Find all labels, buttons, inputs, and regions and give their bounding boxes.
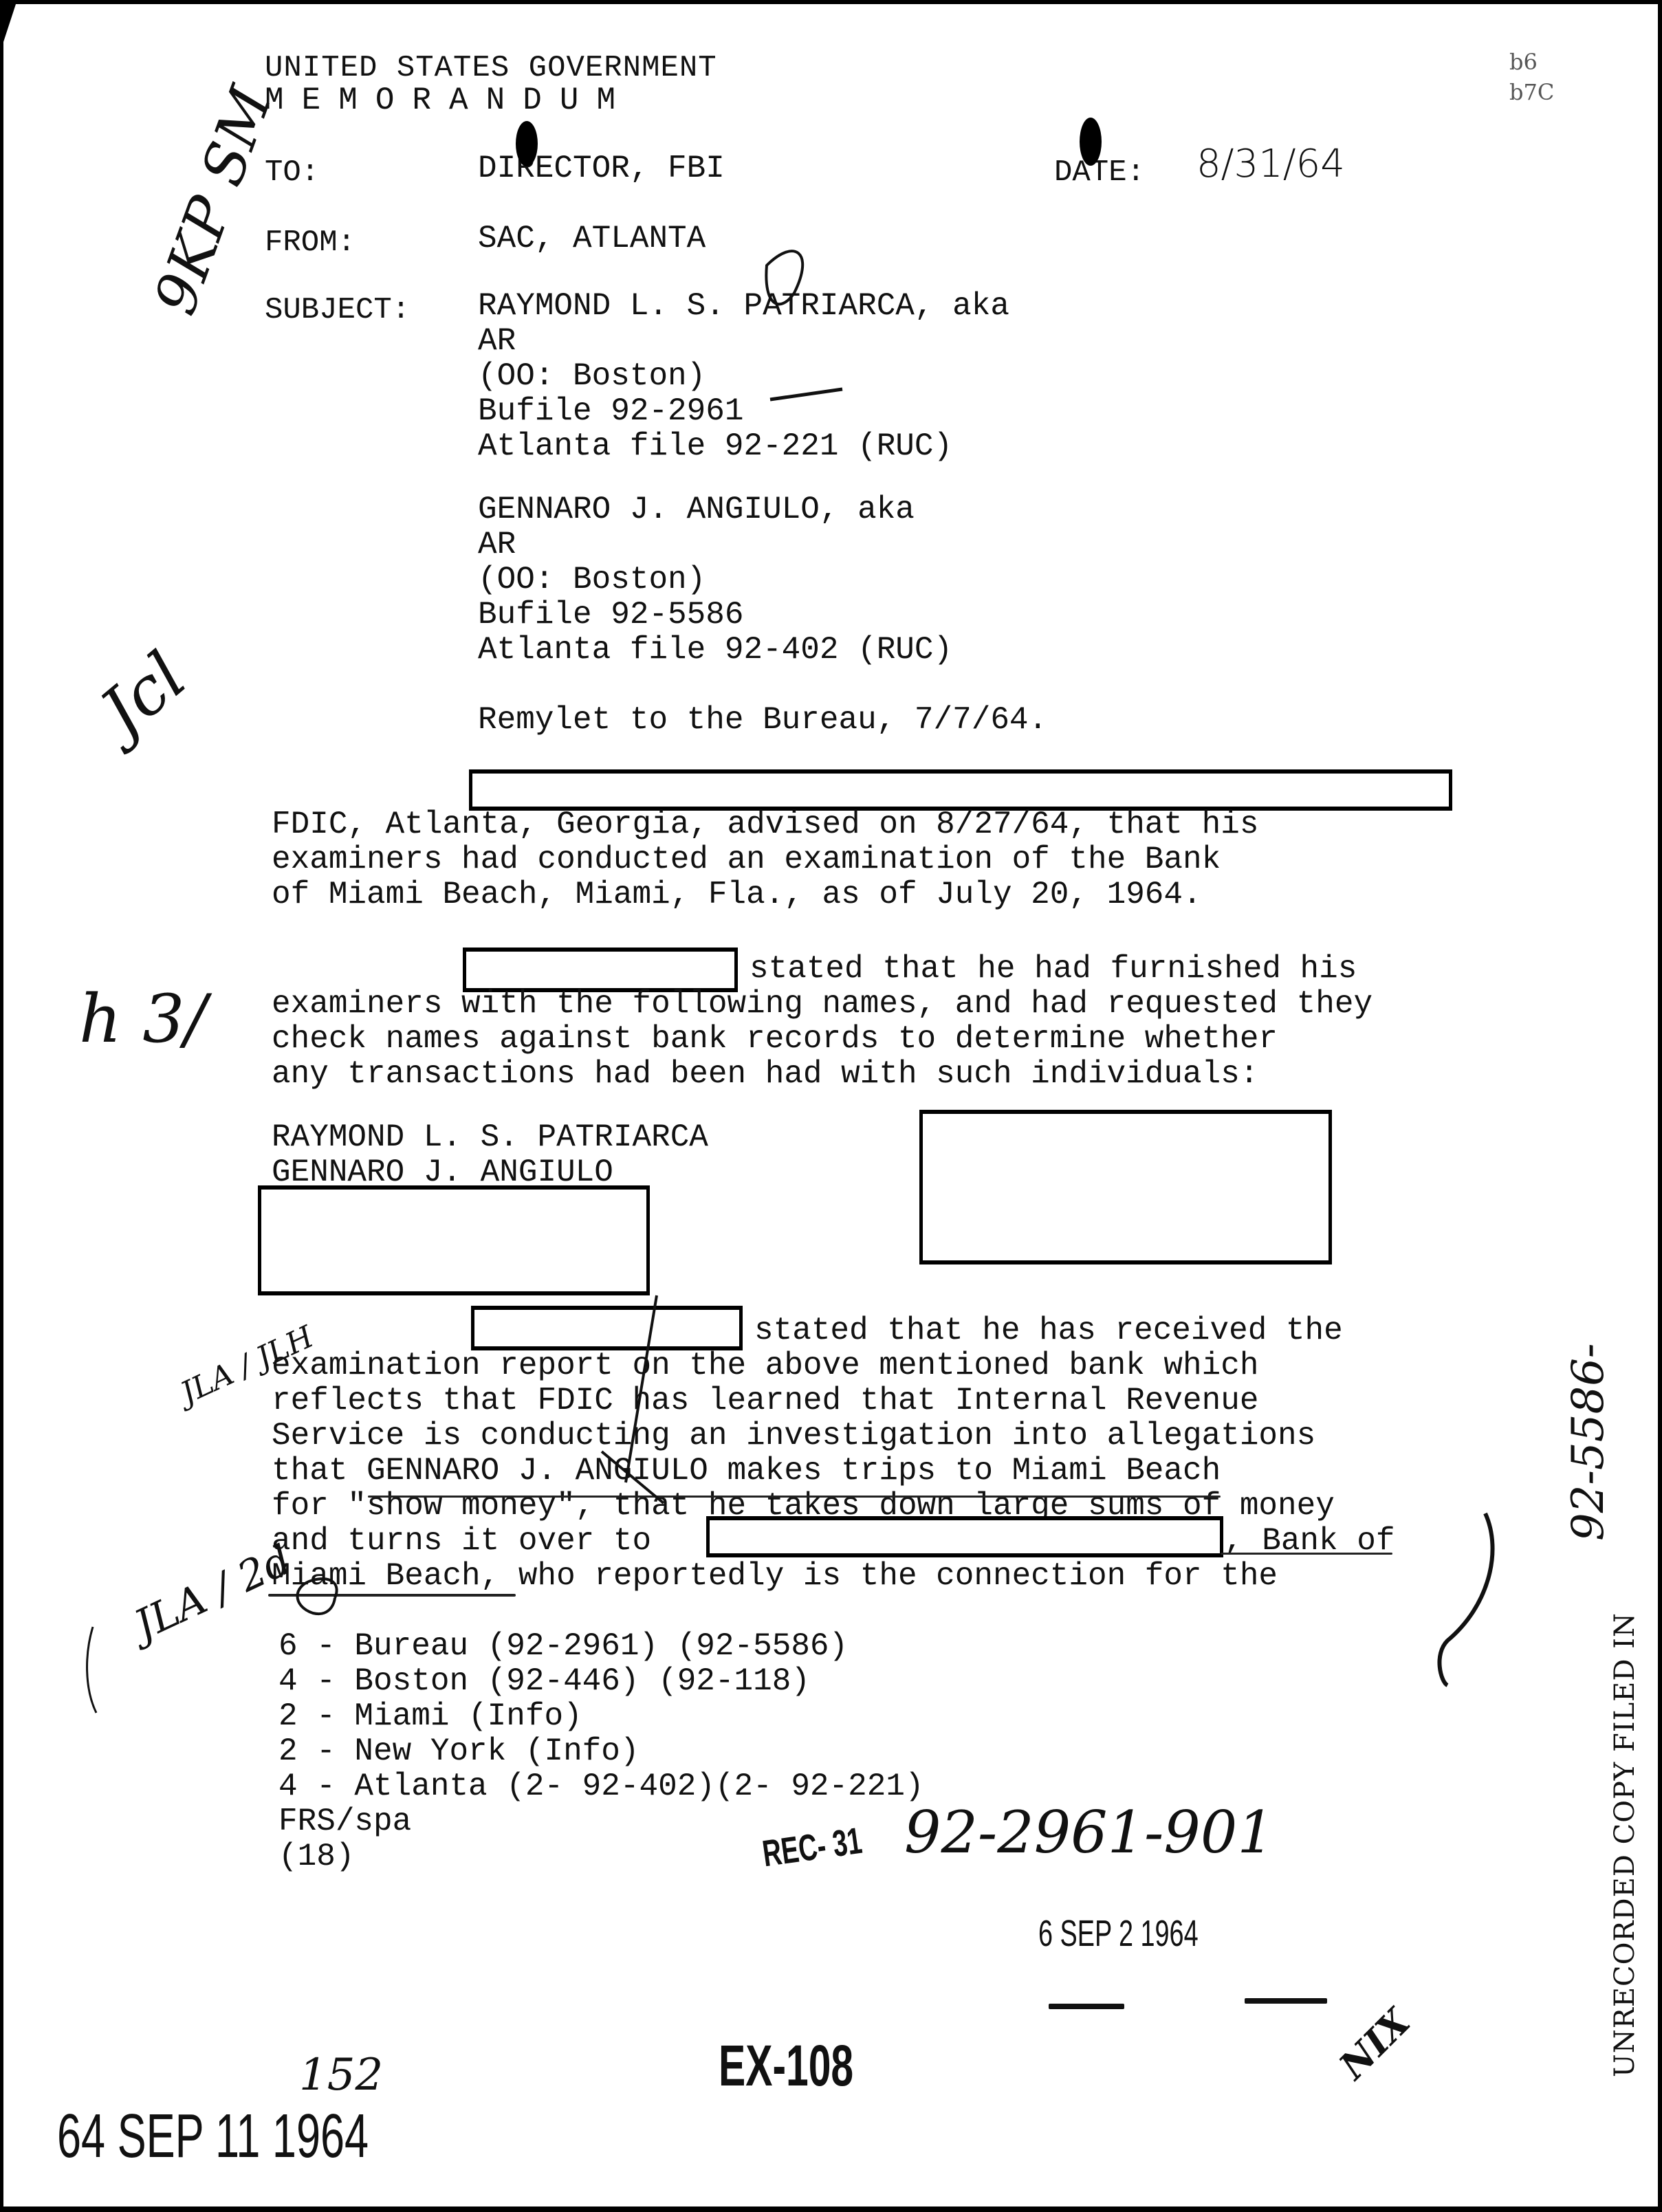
redaction-box — [919, 1110, 1332, 1264]
stamp-dash — [1049, 2004, 1124, 2009]
punch-hole-mark — [1080, 118, 1102, 166]
name-list-item: RAYMOND L. S. PATRIARCA — [272, 1120, 708, 1155]
handwritten-underline — [1221, 1553, 1392, 1555]
subject-line: AR — [478, 324, 516, 359]
exemption-b6: b6 — [1509, 48, 1538, 76]
body-line: any transactions had been had with such … — [272, 1057, 1258, 1092]
distribution-item: 6 - Bureau (92-2961) (92-5586) — [278, 1629, 848, 1664]
subject-name: GENNARO J. ANGIULO, aka — [478, 492, 915, 527]
body-line: check names against bank records to dete… — [272, 1022, 1278, 1057]
redaction-box — [706, 1516, 1223, 1557]
pen-marks — [3, 4, 1662, 2212]
body-line: examiners with the following names, and … — [272, 987, 1373, 1022]
handwritten-initials-stamp: NIX — [1331, 2000, 1419, 2088]
from-label: FROM: — [265, 226, 356, 260]
subject-line: (OO: Boston) — [478, 359, 706, 394]
subject-name: RAYMOND L. S. PATRIARCA, aka — [478, 289, 1009, 324]
body-line: reflects that FDIC has learned that Inte… — [272, 1383, 1258, 1419]
distribution-item: 2 - Miami (Info) — [278, 1699, 582, 1734]
redaction-box — [471, 1306, 743, 1350]
redaction-box — [469, 769, 1452, 811]
exemption-b7c: b7C — [1509, 78, 1554, 106]
redaction-box — [258, 1185, 650, 1295]
subject-line: Atlanta file 92-402 (RUC) — [478, 633, 952, 668]
agency-header: UNITED STATES GOVERNMENT — [265, 51, 717, 85]
handwritten-dash-mark — [770, 389, 842, 399]
body-line: Miami Beach, who reportedly is the conne… — [272, 1559, 1278, 1594]
handwritten-curve-mark — [1439, 1513, 1492, 1685]
handwritten-margin-note: h 3/ — [79, 981, 207, 1058]
subject-line: Bufile 92-2961 — [478, 394, 743, 429]
to-value: DIRECTOR, FBI — [478, 151, 725, 186]
serialized-date-stamp: 6 SEP 2 1964 — [1038, 1912, 1199, 1955]
unrecorded-file-number-handwritten: 92-5586- — [1563, 1343, 1614, 1541]
body-line: examination report on the above mentione… — [272, 1348, 1258, 1383]
file-number-handwritten: 92-2961-901 — [904, 1799, 1274, 1866]
body-line: examiners had conducted an examination o… — [272, 842, 1221, 877]
body-line: of Miami Beach, Miami, Fla., as of July … — [272, 877, 1202, 912]
subject-line: Atlanta file 92-221 (RUC) — [478, 429, 952, 464]
handwritten-margin-initial: Jcl — [86, 637, 200, 751]
subject-line: AR — [478, 527, 516, 562]
body-line: and turns it over to — [272, 1524, 651, 1559]
handwritten-underline — [268, 1594, 516, 1597]
body-line: FDIC, Atlanta, Georgia, advised on 8/27/… — [272, 807, 1258, 842]
ex-stamp: EX-108 — [719, 2033, 853, 2099]
body-line: that GENNARO J. ANGIULO makes trips to M… — [272, 1454, 1221, 1489]
typist-initials: FRS/spa — [278, 1804, 411, 1839]
scan-corner — [3, 4, 16, 42]
reference-line: Remylet to the Bureau, 7/7/64. — [478, 703, 1047, 738]
unrecorded-copy-stamp: UNRECORDED COPY FILED IN — [1609, 1612, 1641, 2077]
handwritten-bracket-mark — [87, 1627, 96, 1713]
handwritten-underline — [368, 1496, 1221, 1498]
subject-label: SUBJECT: — [265, 293, 410, 327]
date-label: DATE: — [1054, 155, 1145, 190]
memo-page: UNITED STATES GOVERNMENT MEMORANDUM b6 b… — [0, 0, 1662, 2212]
body-line: stated that he had furnished his — [750, 952, 1357, 987]
distribution-item: 4 - Boston (92-446) (92-118) — [278, 1664, 810, 1699]
memorandum-title: MEMORANDUM — [265, 83, 633, 118]
received-date-stamp: 64 SEP 11 1964 — [57, 2101, 369, 2172]
rec-stamp: REC- 31 — [760, 1819, 864, 1876]
punch-hole-mark — [516, 121, 538, 166]
subject-line: (OO: Boston) — [478, 562, 706, 598]
stamp-dash — [1245, 1998, 1327, 2004]
body-line: stated that he has received the — [754, 1313, 1343, 1348]
subject-line: Bufile 92-5586 — [478, 598, 743, 633]
date-value: 8/31/64 — [1196, 142, 1345, 186]
from-value: SAC, ATLANTA — [478, 221, 706, 256]
handwritten-page-number: 152 — [299, 2050, 383, 2101]
body-line: Service is conducting an investigation i… — [272, 1419, 1315, 1454]
distribution-item: 4 - Atlanta (2- 92-402)(2- 92-221) — [278, 1769, 924, 1804]
distribution-item: 2 - New York (Info) — [278, 1734, 639, 1769]
copy-count: (18) — [278, 1839, 354, 1874]
to-label: TO: — [265, 155, 319, 190]
handwritten-initials-top: 9KP SM — [141, 78, 285, 323]
